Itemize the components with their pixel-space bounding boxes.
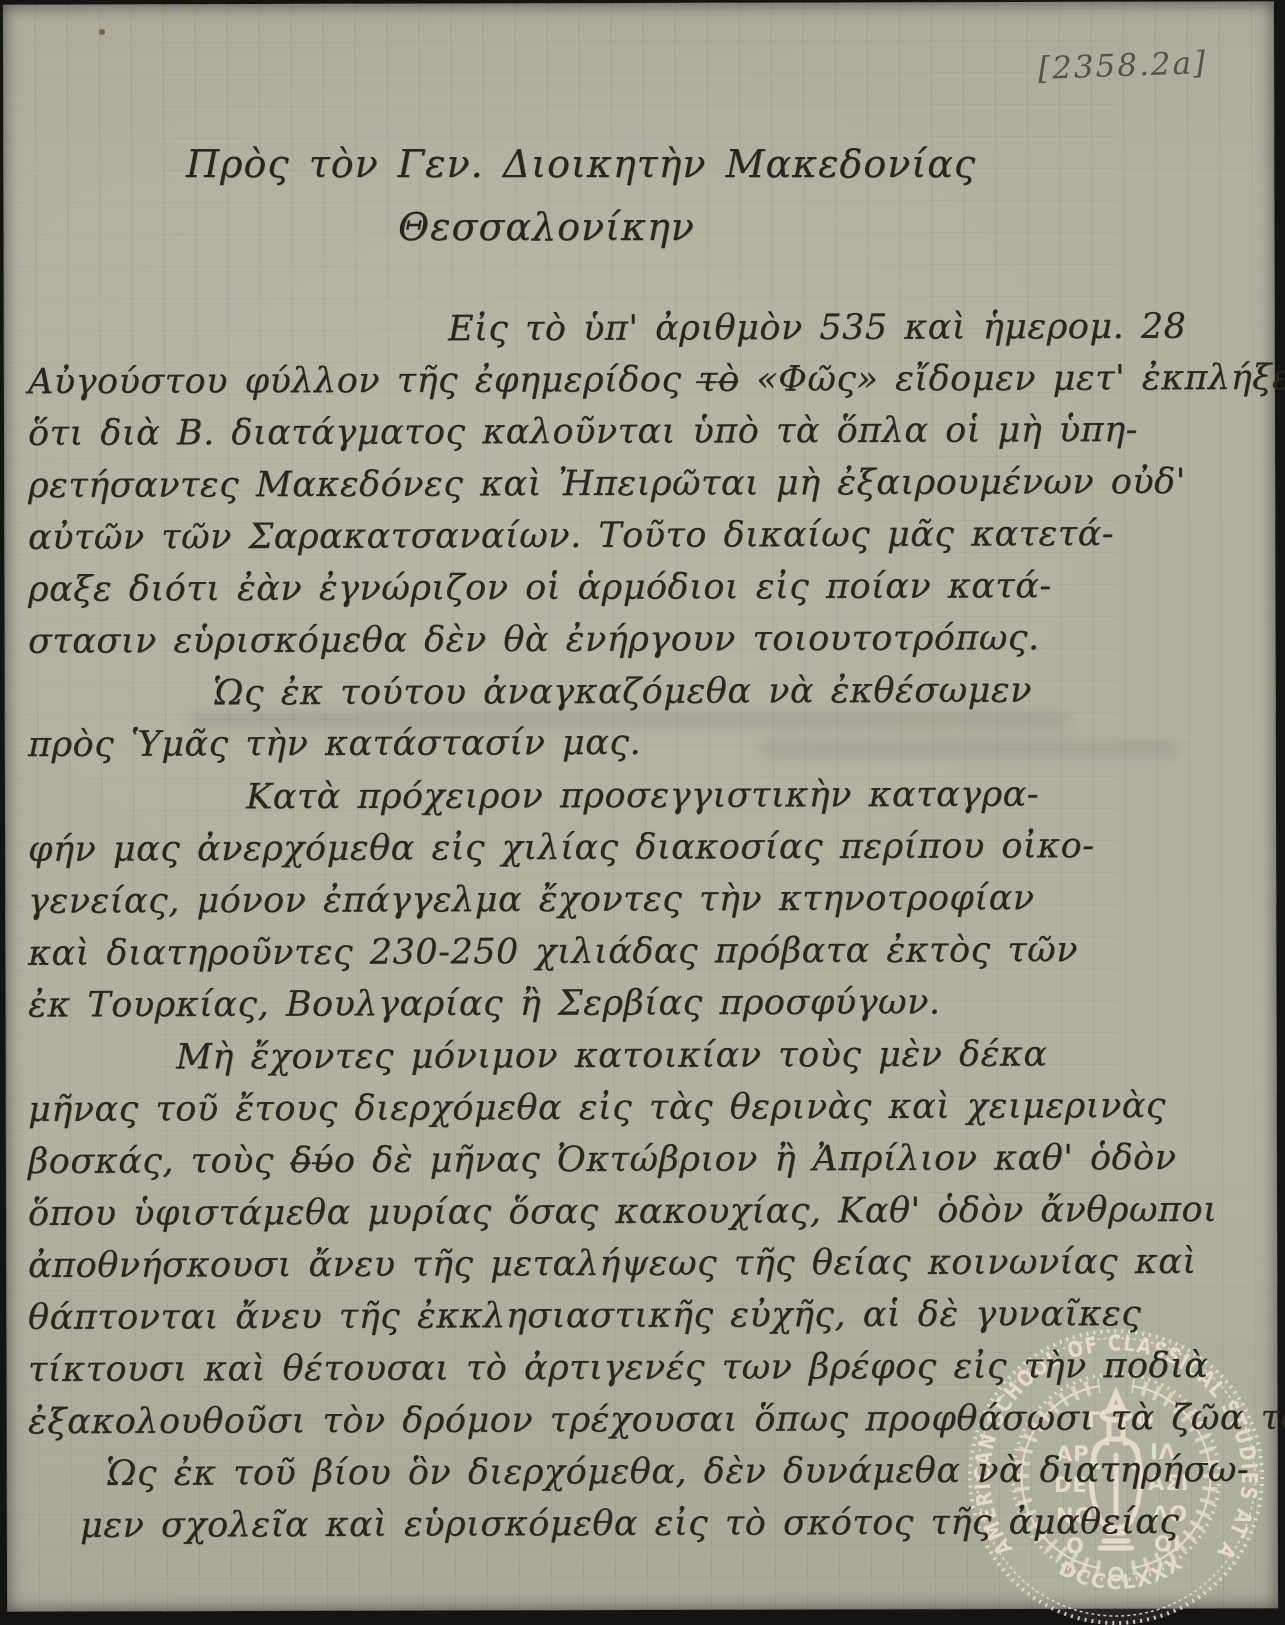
manuscript-line: βοσκάς, τοὺς δ̶ύ̶ο δὲ μῆνας Ὀκτώβριον ἢ … bbox=[28, 1138, 1177, 1182]
manuscript-line: Ὡς ἐκ τούτου ἀναγκαζόμεθα νὰ ἐκθέσωμεν bbox=[213, 671, 1032, 714]
manuscript-line: ἀποθνήσκουσι ἄνευ τῆς μεταλήψεως τῆς θεί… bbox=[28, 1242, 1197, 1286]
manuscript-line: φήν μας ἀνερχόμεθα εἰς χιλίας διακοσίας … bbox=[28, 826, 1095, 870]
manuscript-line: ρετήσαντες Μακεδόνες καὶ Ἠπειρῶται μὴ ἐξ… bbox=[28, 462, 1186, 506]
manuscript-line: Αὐγούστου φύλλον τῆς ἐφημερίδος τ̶ὸ̶ «Φῶ… bbox=[28, 358, 1285, 403]
manuscript-line: ἐκ Τουρκίας, Βουλγαρίας ἢ Σερβίας προσφύ… bbox=[28, 982, 941, 1025]
manuscript-line: ὅτι διὰ Β. διατάγματος καλοῦνται ὑπὸ τὰ … bbox=[28, 410, 1138, 454]
manuscript-line: Ὡς ἐκ τοῦ βίου ὃν διερχόμεθα, δὲν δυνάμε… bbox=[106, 1450, 1249, 1494]
manuscript-line: τίκτουσι καὶ θέτουσαι τὸ ἀρτιγενές των β… bbox=[28, 1346, 1209, 1390]
manuscript-line: γενείας, μόνον ἐπάγγελμα ἔχοντες τὴν κτη… bbox=[28, 878, 1035, 922]
manuscript-line: ὅπου ὑφιστάμεθα μυρίας ὅσας κακουχίας, Κ… bbox=[28, 1190, 1217, 1234]
manuscript-line: Εἰς τὸ ὑπ' ἀριθμὸν 535 καὶ ἡμερομ. 28 bbox=[448, 307, 1186, 350]
manuscript-line: ἐξακολουθοῦσι τὸν δρόμον τρέχουσαι ὅπως … bbox=[28, 1398, 1285, 1443]
manuscript-line: στασιν εὑρισκόμεθα δὲν θὰ ἐνήργουν τοιου… bbox=[28, 618, 1040, 662]
manuscript-line: αὐτῶν τῶν Σαρακατσαναίων. Τοῦτο δικαίως … bbox=[28, 514, 1114, 558]
letter-body: Εἰς τὸ ὑπ' ἀριθμὸν 535 καὶ ἡμερομ. 28Αὐγ… bbox=[0, 0, 1285, 1625]
manuscript-line: μεν σχολεῖα καὶ εὑρισκόμεθα εἰς τὸ σκότο… bbox=[80, 1502, 1180, 1546]
manuscript-line: Κατὰ πρόχειρον προσεγγιστικὴν καταγρα- bbox=[246, 775, 1039, 818]
manuscript-line: πρὸς Ὑμᾶς τὴν κατάστασίν μας. bbox=[28, 723, 641, 765]
scanned-letter-page: [2358.2a] Πρὸς τὸν Γεν. Διοικητὴν Μακεδο… bbox=[0, 0, 1285, 1625]
manuscript-line: μῆνας τοῦ ἔτους διερχόμεθα εἰς τὰς θεριν… bbox=[28, 1086, 1166, 1130]
manuscript-line: καὶ διατηροῦντες 230-250 χιλιάδας πρόβατ… bbox=[28, 930, 1078, 974]
manuscript-line: Μὴ ἔχοντες μόνιμον κατοικίαν τοὺς μὲν δέ… bbox=[176, 1034, 1048, 1077]
manuscript-line: θάπτονται ἄνευ τῆς ἐκκλησιαστικῆς εὐχῆς,… bbox=[28, 1294, 1141, 1338]
manuscript-line: ραξε διότι ἐὰν ἐγνώριζον οἱ ἁρμόδιοι εἰς… bbox=[28, 566, 1052, 610]
